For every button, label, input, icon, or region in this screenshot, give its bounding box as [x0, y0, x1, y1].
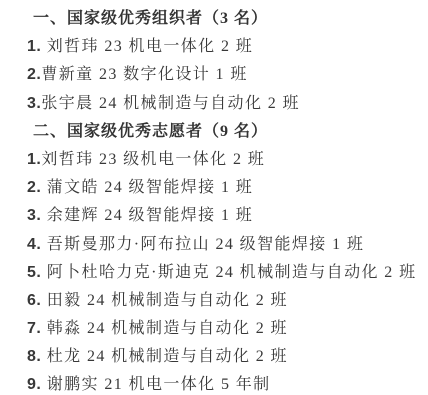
list-item: 8. 杜龙 24 机械制造与自动化 2 班 [0, 343, 428, 371]
item-number: 7. [27, 320, 41, 337]
list-item: 7. 韩淼 24 机械制造与自动化 2 班 [0, 315, 428, 343]
list-item: 3. 余建辉 24 级智能焊接 1 班 [0, 202, 428, 230]
item-text: 吾斯曼那力·阿布拉山 24 级智能焊接 1 班 [41, 236, 364, 253]
item-number: 1. [27, 38, 41, 55]
item-number: 2. [27, 66, 41, 83]
item-text: 韩淼 24 机械制造与自动化 2 班 [41, 320, 288, 337]
item-text: 杜龙 24 机械制造与自动化 2 班 [41, 348, 288, 365]
item-number: 3. [27, 95, 41, 112]
item-text: 谢鹏实 21 机电一体化 5 年制 [41, 376, 270, 393]
item-number: 2. [27, 179, 41, 196]
item-number: 8. [27, 348, 41, 365]
item-text: 刘哲玮 23 机电一体化 2 班 [41, 38, 253, 55]
list-item: 4. 吾斯曼那力·阿布拉山 24 级智能焊接 1 班 [0, 231, 428, 259]
item-text: 阿卜杜哈力克·斯迪克 24 机械制造与自动化 2 班 [41, 264, 416, 281]
item-text: 张宇晨 24 机械制造与自动化 2 班 [41, 95, 300, 112]
list-item: 1.刘哲玮 23 级机电一体化 2 班 [0, 146, 428, 174]
item-text: 曹新童 23 数字化设计 1 班 [41, 66, 247, 83]
item-number: 9. [27, 376, 41, 393]
section-2-heading: 二、国家级优秀志愿者（9 名） [0, 118, 428, 146]
item-number: 4. [27, 236, 41, 253]
item-number: 1. [27, 151, 41, 168]
item-number: 6. [27, 292, 41, 309]
item-text: 田毅 24 机械制造与自动化 2 班 [41, 292, 288, 309]
section-1-heading: 一、国家级优秀组织者（3 名） [0, 5, 428, 33]
item-text: 刘哲玮 23 级机电一体化 2 班 [41, 151, 265, 168]
list-item: 2.曹新童 23 数字化设计 1 班 [0, 61, 428, 89]
item-text: 余建辉 24 级智能焊接 1 班 [41, 207, 253, 224]
list-item: 2. 蒲文皓 24 级智能焊接 1 班 [0, 174, 428, 202]
list-item: 6. 田毅 24 机械制造与自动化 2 班 [0, 287, 428, 315]
list-item: 3.张宇晨 24 机械制造与自动化 2 班 [0, 90, 428, 118]
list-item: 9. 谢鹏实 21 机电一体化 5 年制 [0, 371, 428, 395]
item-number: 5. [27, 264, 41, 281]
list-item: 1. 刘哲玮 23 机电一体化 2 班 [0, 33, 428, 61]
item-number: 3. [27, 207, 41, 224]
item-text: 蒲文皓 24 级智能焊接 1 班 [41, 179, 253, 196]
document-page: 一、国家级优秀组织者（3 名） 1. 刘哲玮 23 机电一体化 2 班 2.曹新… [0, 0, 428, 395]
list-item: 5. 阿卜杜哈力克·斯迪克 24 机械制造与自动化 2 班 [0, 259, 428, 287]
